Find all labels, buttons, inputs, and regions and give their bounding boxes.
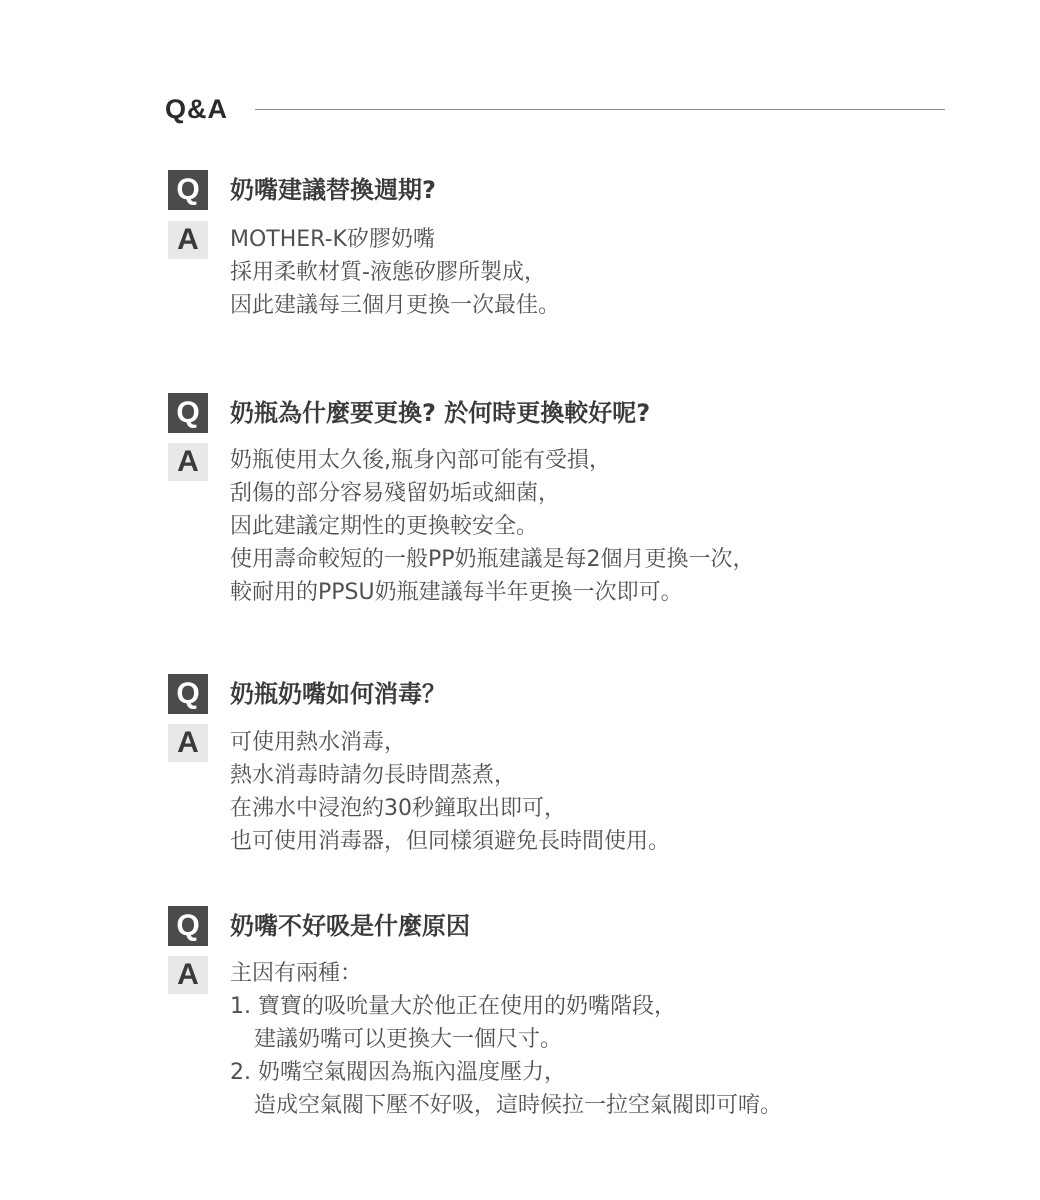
answer-line: 熱水消毒時請勿長時間蒸煮， [230,759,670,792]
answer-line: 也可使用消毒器，但同樣須避免長時間使用。 [230,825,670,858]
answer-text: 奶瓶使用太久後,瓶身內部可能有受損， 刮傷的部分容易殘留奶垢或細菌， 因此建議定… [230,444,755,609]
answer-line: 使用壽命較短的一般PP奶瓶建議是每2個月更換一次， [230,543,755,576]
question-text: 奶瓶奶嘴如何消毒？ [230,674,446,714]
answer-line: 主因有兩種： [230,957,782,990]
answer-line: 刮傷的部分容易殘留奶垢或細菌， [230,477,755,510]
answer-line: 因此建議每三個月更換一次最佳。 [230,289,560,322]
answer-line: 可使用熱水消毒， [230,726,670,759]
question-text: 奶嘴建議替換週期? [230,170,436,210]
answer-line: 採用柔軟材質-液態矽膠所製成， [230,256,560,289]
answer-line: 較耐用的PPSU奶瓶建議每半年更換一次即可。 [230,576,755,609]
question-badge-icon: Q [168,170,208,210]
answer-badge-icon: A [168,956,208,994]
answer-text: 可使用熱水消毒， 熱水消毒時請勿長時間蒸煮， 在沸水中浸泡約30秒鐘取出即可， … [230,726,670,858]
answer-line: MOTHER-K矽膠奶嘴 [230,223,560,256]
answer-text: 主因有兩種： 1. 寶寶的吸吮量大於他正在使用的奶嘴階段， 建議奶嘴可以更換大一… [230,957,782,1122]
answer-list-item-continuation: 造成空氣閥下壓不好吸，這時候拉一拉空氣閥即可唷。 [230,1089,782,1122]
header-divider [255,109,945,110]
question-text: 奶瓶為什麼要更換? 於何時更換較好呢? [230,393,650,433]
answer-list-item: 1. 寶寶的吸吮量大於他正在使用的奶嘴階段， [230,990,782,1023]
answer-text: MOTHER-K矽膠奶嘴 採用柔軟材質-液態矽膠所製成， 因此建議每三個月更換一… [230,223,560,322]
answer-list-item: 2. 奶嘴空氣閥因為瓶內溫度壓力， [230,1056,782,1089]
answer-badge-icon: A [168,221,208,259]
question-badge-icon: Q [168,906,208,946]
question-badge-icon: Q [168,393,208,433]
answer-line: 因此建議定期性的更換較安全。 [230,510,755,543]
question-text: 奶嘴不好吸是什麼原因 [230,906,470,946]
page-title: Q&A [165,92,228,126]
answer-list-item-continuation: 建議奶嘴可以更換大一個尺寸。 [230,1023,782,1056]
answer-line: 奶瓶使用太久後,瓶身內部可能有受損， [230,444,755,477]
answer-line: 在沸水中浸泡約30秒鐘取出即可， [230,792,670,825]
qa-header: Q&A [165,92,945,126]
question-badge-icon: Q [168,674,208,714]
answer-badge-icon: A [168,443,208,481]
answer-badge-icon: A [168,724,208,762]
